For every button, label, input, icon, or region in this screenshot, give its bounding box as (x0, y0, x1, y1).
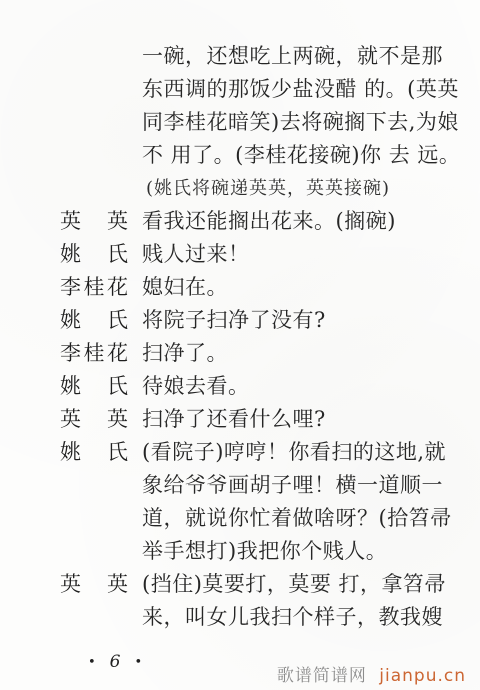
dialogue-entry: 姚氏 贱人过来！ (60, 238, 466, 271)
dialogue-line: 扫净了还看什么哩? (142, 403, 326, 436)
speaker-name: 英英 (60, 205, 128, 238)
speaker-name: 姚氏 (60, 436, 128, 469)
speaker-name: 李桂花 (60, 337, 128, 370)
dialogue-text: 扫净了还看什么哩? (142, 403, 326, 436)
speaker-name: 姚氏 (60, 304, 128, 337)
watermark-site-url: jianpu.cn (379, 666, 466, 686)
dialogue-entry: 姚氏 待娘去看。 (60, 370, 466, 403)
dialogue-entry: 英英 看我还能搁出花来。(搁碗) (60, 205, 466, 238)
page-number-dot: • (135, 655, 143, 670)
speaker-name: 李桂花 (60, 271, 128, 304)
dialogue-line: 看我还能搁出花来。(搁碗) (142, 205, 396, 238)
dialogue-entry: 姚氏 (看院子)哼哼！你看扫的这地,就 象给爷爷画胡子哩！横一道顺一 道，就说你… (60, 436, 466, 568)
dialogue-line: 贱人过来！ (142, 238, 250, 271)
speaker-name: 姚氏 (60, 370, 128, 403)
page-number-dot: • (88, 655, 96, 670)
dialogue-line: 道，就说你忙着做啥呀？(拾笤帚 (142, 502, 452, 535)
dialogue-line: 扫净了。 (142, 337, 228, 370)
dialogue-line: 象给爷爷画胡子哩！横一道顺一 (142, 469, 452, 502)
dialogue-text: 待娘去看。 (142, 370, 250, 403)
dialogue-text: 将院子扫净了没有? (142, 304, 326, 337)
watermark: 歌谱简谱网 jianpu.cn (277, 661, 466, 686)
dialogue-entry: 英英 扫净了还看什么哩? (60, 403, 466, 436)
dialogue-line: 一碗，还想吃上两碗，就不是那 (142, 40, 466, 73)
continuation-block: 一碗，还想吃上两碗，就不是那 东西调的那饭少盐没醋 的。(英英 同李桂花暗笑)去… (142, 40, 466, 172)
dialogue-line: 不 用了。(李桂花接碗)你 去 远。 (142, 139, 466, 172)
dialogue-line: (看院子)哼哼！你看扫的这地,就 (142, 436, 452, 469)
dialogue-text: 看我还能搁出花来。(搁碗) (142, 205, 396, 238)
dialogue-entry: 英英 (挡住)莫要打，莫要 打，拿笤帚 来，叫女儿我扫个样子，教我嫂 (60, 568, 466, 634)
dialogue-entry: 李桂花 扫净了。 (60, 337, 466, 370)
dialogue-text: 贱人过来！ (142, 238, 250, 271)
stage-direction: (姚氏将碗递英英，英英接碗) (146, 172, 466, 205)
dialogue-line: 媳妇在。 (142, 271, 228, 304)
script-page: 一碗，还想吃上两碗，就不是那 东西调的那饭少盐没醋 的。(英英 同李桂花暗笑)去… (0, 0, 480, 690)
dialogue-text: (看院子)哼哼！你看扫的这地,就 象给爷爷画胡子哩！横一道顺一 道，就说你忙着做… (142, 436, 452, 568)
dialogue-text: (挡住)莫要打，莫要 打，拿笤帚 来，叫女儿我扫个样子，教我嫂 (142, 568, 446, 634)
watermark-site-name: 歌谱简谱网 (277, 666, 367, 686)
dialogue-line: 同李桂花暗笑)去将碗搁下去,为娘 (142, 106, 466, 139)
dialogue-line: 将院子扫净了没有? (142, 304, 326, 337)
script-body: 一碗，还想吃上两碗，就不是那 东西调的那饭少盐没醋 的。(英英 同李桂花暗笑)去… (0, 0, 480, 634)
page-number-value: 6 (110, 652, 121, 672)
dialogue-text: 扫净了。 (142, 337, 228, 370)
speaker-name: 姚氏 (60, 238, 128, 271)
speaker-name: 英英 (60, 568, 128, 601)
dialogue-line: 东西调的那饭少盐没醋 的。(英英 (142, 73, 466, 106)
page-number: • 6 • (88, 652, 142, 672)
dialogue-text: 媳妇在。 (142, 271, 228, 304)
dialogue-entry: 李桂花 媳妇在。 (60, 271, 466, 304)
dialogue-entry: 姚氏 将院子扫净了没有? (60, 304, 466, 337)
dialogue-line: 举手想打)我把你个贱人。 (142, 535, 452, 568)
dialogue-line: (挡住)莫要打，莫要 打，拿笤帚 (142, 568, 446, 601)
dialogue-line: 待娘去看。 (142, 370, 250, 403)
dialogue-line: 来，叫女儿我扫个样子，教我嫂 (142, 601, 446, 634)
speaker-name: 英英 (60, 403, 128, 436)
